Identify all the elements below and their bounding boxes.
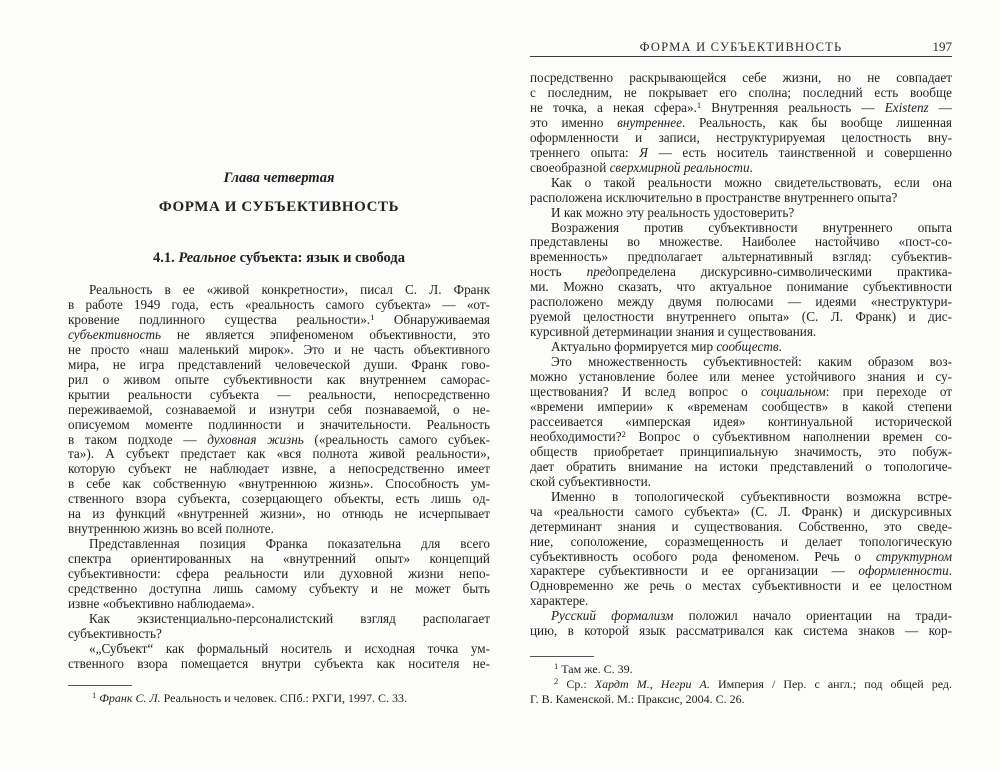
text-line: не просто «наш маленький мирок». Это и н…: [68, 343, 490, 358]
text-line: описуемом моменте подлинности и значител…: [68, 418, 490, 433]
paragraph: посредственно раскрывающейся себе жизни,…: [530, 71, 952, 176]
header-rule: [530, 56, 952, 57]
text-line: Актуально формируется мир сообществ.: [530, 340, 952, 355]
footnote: 1 Там же. С. 39.: [530, 662, 952, 677]
text-line: оформленности и записи, неструктурируема…: [530, 131, 952, 146]
text-line: расположено между двумя полюсами — идеям…: [530, 295, 952, 310]
book-scan-spread: Глава четвертая ФОРМА И СУБЪЕКТИВНОСТЬ 4…: [0, 0, 1000, 771]
running-header: ФОРМА И СУБЪЕКТИВНОСТЬ: [530, 40, 952, 55]
text-line: субъективность не является эпифеноменом …: [68, 328, 490, 343]
text-line: мира, не игра представлений человеческой…: [68, 358, 490, 373]
text-line: Возражения против субъективности внутрен…: [530, 221, 952, 236]
footnote: 2 Ср.: Хардт М., Негри А. Империя / Пер.…: [530, 677, 952, 707]
text-line: кровение подлинного существа реальности»…: [68, 313, 490, 328]
text-line: переживаемой, сознаваемой и изнутри себя…: [68, 403, 490, 418]
text-line: субъективность?: [68, 627, 490, 642]
right-page-footnotes: 1 Там же. С. 39.2 Ср.: Хардт М., Негри А…: [530, 662, 952, 707]
paragraph: Именно в топологической субъективности в…: [530, 490, 952, 610]
paragraph: Реальность в ее «живой конкретности», пи…: [68, 283, 490, 537]
text-line: 1 Там же. С. 39.: [530, 662, 952, 677]
text-line: цию, в которой язык рассматривался как с…: [530, 624, 952, 639]
text-line: Г. В. Каменской. М.: Праксис, 2004. С. 2…: [530, 692, 952, 707]
text-line: Реальность в ее «живой конкретности», пи…: [68, 283, 490, 298]
text-line: это именно внутреннее. Реальность, как б…: [530, 116, 952, 131]
text-line: с последним, не покрывает его сполна; по…: [530, 86, 952, 101]
text-line: ственного взора помещается внутри субъек…: [68, 657, 490, 672]
text-line: «времени империи» к «временам сообществ»…: [530, 400, 952, 415]
text-line: своеобразной сверхмирной реальности.: [530, 161, 952, 176]
text-line: курсивной детерминации знания и существо…: [530, 325, 952, 340]
text-line: ской субъективности.: [530, 475, 952, 490]
text-line: рил о живом опыте субъективности как вну…: [68, 373, 490, 388]
text-line: обществ приобретает принципиальную значи…: [530, 445, 952, 460]
paragraph: Русский формализм положил начало ориента…: [530, 609, 952, 639]
paragraph: Как о такой реальности можно свидетельст…: [530, 176, 952, 206]
text-line: ча «реальности самого субъекта» (С. Л. Ф…: [530, 505, 952, 520]
text-line: рассеивается «имперская идея» континуаль…: [530, 415, 952, 430]
text-line: посредственно раскрывающейся себе жизни,…: [530, 71, 952, 86]
text-line: Именно в топологической субъективности в…: [530, 490, 952, 505]
text-line: временность» предполагает альтернативный…: [530, 250, 952, 265]
text-line: представлены во множестве. Наиболее наст…: [530, 235, 952, 250]
text-line: внутреннюю жизнь во всей полноте.: [68, 522, 490, 537]
text-line: не точка, а некая сфера».1 Внутренняя ре…: [530, 101, 952, 116]
paragraph: Актуально формируется мир сообществ.: [530, 340, 952, 355]
text-line: 1 Франк С. Л. Реальность и человек. СПб.…: [68, 691, 490, 706]
left-page: Глава четвертая ФОРМА И СУБЪЕКТИВНОСТЬ 4…: [68, 0, 490, 771]
text-line: извне «объективно наблюдаема».: [68, 597, 490, 612]
text-line: расположена исключительно в пространстве…: [530, 191, 952, 206]
text-line: Как экзистенциально-персоналистский взгл…: [68, 612, 490, 627]
text-line: в работе 1949 года, есть «реальность сам…: [68, 298, 490, 313]
chapter-title: ФОРМА И СУБЪЕКТИВНОСТЬ: [68, 199, 490, 216]
text-line: ние, соположение, соразмещенность и дела…: [530, 535, 952, 550]
paragraph: «„Субъект“ как формальный носитель и исх…: [68, 642, 490, 672]
paragraph: И как можно эту реальность удостоверить?: [530, 206, 952, 221]
footnote-rule: [530, 656, 594, 657]
text-line: «„Субъект“ как формальный носитель и исх…: [68, 642, 490, 657]
text-line: Представленная позиция Франка показатель…: [68, 537, 490, 552]
text-line: средственно доступна лишь самому субъект…: [68, 582, 490, 597]
left-page-footnotes: 1 Франк С. Л. Реальность и человек. СПб.…: [68, 691, 490, 706]
text-line: ность предопределена дискурсивно-символи…: [530, 265, 952, 280]
paragraph: Представленная позиция Франка показатель…: [68, 537, 490, 612]
text-line: ществования? И вслед вопрос о социальном…: [530, 385, 952, 400]
footnote-rule: [68, 685, 132, 686]
text-line: та»). А субъект предстает как «вся полно…: [68, 447, 490, 462]
text-line: Одновременно же речь о местах субъективн…: [530, 579, 952, 594]
page-number: 197: [933, 39, 953, 55]
text-line: ственного взора субъекта, созерцающего о…: [68, 492, 490, 507]
text-line: на из функций «внутренней жизни», но отн…: [68, 507, 490, 522]
text-line: субъективности: сфера реальности или дух…: [68, 567, 490, 582]
text-line: ми. Можно сказать, что актуальное понима…: [530, 280, 952, 295]
text-line: в себе как собственную «внутреннюю жизнь…: [68, 477, 490, 492]
text-line: характере.: [530, 594, 952, 609]
text-line: субъективность особого рода феноменом. Р…: [530, 550, 952, 565]
paragraph: Это множественность субъективностей: как…: [530, 355, 952, 490]
right-page-body: посредственно раскрывающейся себе жизни,…: [530, 71, 952, 639]
section-heading: 4.1. Реальное субъекта: язык и свобода: [68, 250, 490, 267]
text-line: которую субъект не наблюдает извне, а не…: [68, 462, 490, 477]
text-line: Как о такой реальности можно свидетельст…: [530, 176, 952, 191]
text-line: крытии реальности субъекта — реальности,…: [68, 388, 490, 403]
text-line: дает обратить внимание на истоки предста…: [530, 460, 952, 475]
paragraph: Возражения против субъективности внутрен…: [530, 221, 952, 341]
paragraph: Как экзистенциально-персоналистский взгл…: [68, 612, 490, 642]
text-line: можно установление более или менее устой…: [530, 370, 952, 385]
text-line: спектра ориентированных на «внутренний о…: [68, 552, 490, 567]
text-line: Русский формализм положил начало ориента…: [530, 609, 952, 624]
text-line: треннего опыта: Я — есть носитель таинст…: [530, 146, 952, 161]
text-line: руемой целостности внутреннего опыта» (С…: [530, 310, 952, 325]
text-line: в таком подходе — духовная жизнь («реаль…: [68, 433, 490, 448]
footnote: 1 Франк С. Л. Реальность и человек. СПб.…: [68, 691, 490, 706]
text-line: необходимости?2 Вопрос о субъективном на…: [530, 430, 952, 445]
text-line: 2 Ср.: Хардт М., Негри А. Империя / Пер.…: [530, 677, 952, 692]
text-line: И как можно эту реальность удостоверить?: [530, 206, 952, 221]
text-line: детерминант знания и существования. Собс…: [530, 520, 952, 535]
left-page-body: Реальность в ее «живой конкретности», пи…: [68, 283, 490, 672]
text-line: Это множественность субъективностей: как…: [530, 355, 952, 370]
chapter-label: Глава четвертая: [68, 170, 490, 187]
text-line: характере субъективности и ее организаци…: [530, 564, 952, 579]
right-page: ФОРМА И СУБЪЕКТИВНОСТЬ 197 посредственно…: [530, 0, 952, 771]
